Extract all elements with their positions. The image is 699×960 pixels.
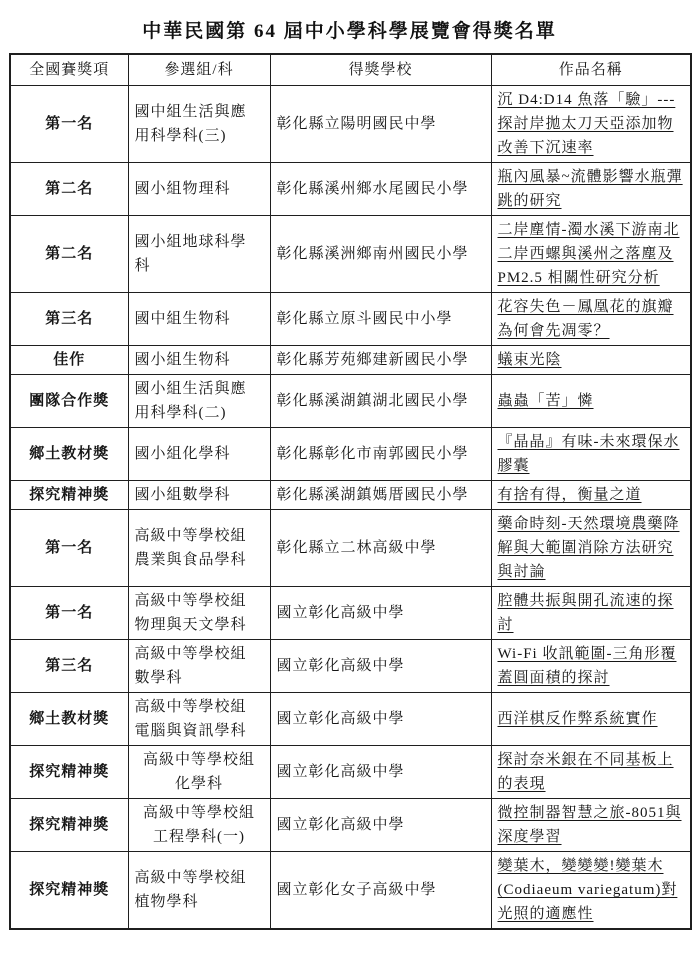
col-header-work: 作品名稱 (491, 54, 691, 86)
work-title-cell: 西洋棋反作弊系統實作 (491, 693, 691, 746)
award-cell: 第三名 (10, 640, 128, 693)
group-cell: 高級中等學校組 電腦與資訊學科 (128, 693, 270, 746)
award-cell: 探究精神獎 (10, 799, 128, 852)
work-title-cell: 瓶內風暴~流體影響水瓶彈跳的研究 (491, 163, 691, 216)
group-cell: 國小組化學科 (128, 428, 270, 481)
school-cell: 彰化縣溪湖鎮媽厝國民小學 (270, 481, 491, 510)
award-cell: 探究精神獎 (10, 852, 128, 930)
group-cell: 高級中等學校組 植物學科 (128, 852, 270, 930)
col-header-school: 得獎學校 (270, 54, 491, 86)
school-cell: 彰化縣溪湖鎮湖北國民小學 (270, 375, 491, 428)
group-cell: 國小組生活與應 用科學科(二) (128, 375, 270, 428)
table-row: 第二名 國小組地球科學 科 彰化縣溪洲鄉南州國民小學 二岸塵情-濁水溪下游南北二… (10, 216, 691, 293)
table-row: 佳作 國小組生物科 彰化縣芳苑鄉建新國民小學 蟻束光陰 (10, 346, 691, 375)
group-cell: 國小組數學科 (128, 481, 270, 510)
table-row: 團隊合作獎 國小組生活與應 用科學科(二) 彰化縣溪湖鎮湖北國民小學 蟲蟲「苦」… (10, 375, 691, 428)
school-cell: 彰化縣彰化市南郭國民小學 (270, 428, 491, 481)
school-cell: 彰化縣立二林高級中學 (270, 510, 491, 587)
school-cell: 國立彰化女子高級中學 (270, 852, 491, 930)
school-cell: 彰化縣芳苑鄉建新國民小學 (270, 346, 491, 375)
award-cell: 第二名 (10, 216, 128, 293)
award-cell: 第一名 (10, 587, 128, 640)
work-title-cell: 沉 D4:D14 魚落「驗」---探討岸拋太刀天亞添加物改善下沉速率 (491, 86, 691, 163)
table-row: 第一名 國中組生活與應 用科學科(三) 彰化縣立陽明國民中學 沉 D4:D14 … (10, 86, 691, 163)
award-cell: 第三名 (10, 293, 128, 346)
school-cell: 彰化縣溪洲鄉南州國民小學 (270, 216, 491, 293)
work-title-cell: 藥命時刻-天然環境農藥降解與大範圍消除方法研究與討論 (491, 510, 691, 587)
group-cell: 高級中等學校組 化學科 (128, 746, 270, 799)
work-title-cell: 花容失色－鳳凰花的旗瓣為何會先凋零？ (491, 293, 691, 346)
table-row: 探究精神獎 高級中等學校組 植物學科 國立彰化女子高級中學 變葉木，變變變!變葉… (10, 852, 691, 930)
work-title-cell: 變葉木，變變變!變葉木(Codiaeum variegatum)對光照的適應性 (491, 852, 691, 930)
group-cell: 高級中等學校組 農業與食品學科 (128, 510, 270, 587)
table-row: 第二名 國小組物理科 彰化縣溪州鄉水尾國民小學 瓶內風暴~流體影響水瓶彈跳的研究 (10, 163, 691, 216)
table-row: 第一名 高級中等學校組 農業與食品學科 彰化縣立二林高級中學 藥命時刻-天然環境… (10, 510, 691, 587)
group-cell: 國小組地球科學 科 (128, 216, 270, 293)
table-row: 鄉土教材獎 國小組化學科 彰化縣彰化市南郭國民小學 『晶晶』有味-未來環保水膠囊 (10, 428, 691, 481)
school-cell: 國立彰化高級中學 (270, 799, 491, 852)
awards-table: 全國賽獎項 參選組/科 得獎學校 作品名稱 第一名 國中組生活與應 用科學科(三… (9, 53, 692, 930)
group-cell: 國中組生活與應 用科學科(三) (128, 86, 270, 163)
table-row: 探究精神獎 高級中等學校組 化學科 國立彰化高級中學 探討奈米銀在不同基板上的表… (10, 746, 691, 799)
school-cell: 國立彰化高級中學 (270, 640, 491, 693)
group-cell: 高級中等學校組 數學科 (128, 640, 270, 693)
work-title-cell: 『晶晶』有味-未來環保水膠囊 (491, 428, 691, 481)
school-cell: 國立彰化高級中學 (270, 587, 491, 640)
group-cell: 高級中等學校組 工程學科(一) (128, 799, 270, 852)
school-cell: 國立彰化高級中學 (270, 693, 491, 746)
work-title-cell: 二岸塵情-濁水溪下游南北二岸西螺與溪州之落塵及 PM2.5 相關性研究分析 (491, 216, 691, 293)
page-title: 中華民國第 64 屆中小學科學展覽會得獎名單 (9, 16, 690, 43)
school-cell: 彰化縣立原斗國民中小學 (270, 293, 491, 346)
award-cell: 鄉土教材獎 (10, 693, 128, 746)
col-header-group: 參選組/科 (128, 54, 270, 86)
work-title-cell: 探討奈米銀在不同基板上的表現 (491, 746, 691, 799)
school-cell: 國立彰化高級中學 (270, 746, 491, 799)
school-cell: 彰化縣立陽明國民中學 (270, 86, 491, 163)
table-body: 第一名 國中組生活與應 用科學科(三) 彰化縣立陽明國民中學 沉 D4:D14 … (10, 86, 691, 930)
table-row: 探究精神獎 國小組數學科 彰化縣溪湖鎮媽厝國民小學 有捨有得，衡量之道 (10, 481, 691, 510)
group-cell: 國小組生物科 (128, 346, 270, 375)
award-cell: 第二名 (10, 163, 128, 216)
work-title-cell: 有捨有得，衡量之道 (491, 481, 691, 510)
table-row: 第一名 高級中等學校組 物理與天文學科 國立彰化高級中學 腔體共振與開孔流速的探… (10, 587, 691, 640)
work-title-cell: 蟲蟲「苦」憐 (491, 375, 691, 428)
award-cell: 佳作 (10, 346, 128, 375)
group-cell: 國中組生物科 (128, 293, 270, 346)
work-title-cell: 蟻束光陰 (491, 346, 691, 375)
work-title-cell: 腔體共振與開孔流速的探討 (491, 587, 691, 640)
group-cell: 國小組物理科 (128, 163, 270, 216)
table-header-row: 全國賽獎項 參選組/科 得獎學校 作品名稱 (10, 54, 691, 86)
school-cell: 彰化縣溪州鄉水尾國民小學 (270, 163, 491, 216)
table-row: 第三名 國中組生物科 彰化縣立原斗國民中小學 花容失色－鳳凰花的旗瓣為何會先凋零… (10, 293, 691, 346)
work-title-cell: 微控制器智慧之旅-8051與深度學習 (491, 799, 691, 852)
award-cell: 團隊合作獎 (10, 375, 128, 428)
table-row: 鄉土教材獎 高級中等學校組 電腦與資訊學科 國立彰化高級中學 西洋棋反作弊系統實… (10, 693, 691, 746)
award-cell: 第一名 (10, 510, 128, 587)
group-cell: 高級中等學校組 物理與天文學科 (128, 587, 270, 640)
work-title-cell: Wi-Fi 收訊範圍-三角形覆蓋圓面積的探討 (491, 640, 691, 693)
table-row: 探究精神獎 高級中等學校組 工程學科(一) 國立彰化高級中學 微控制器智慧之旅-… (10, 799, 691, 852)
award-cell: 第一名 (10, 86, 128, 163)
table-row: 第三名 高級中等學校組 數學科 國立彰化高級中學 Wi-Fi 收訊範圍-三角形覆… (10, 640, 691, 693)
award-cell: 探究精神獎 (10, 481, 128, 510)
award-cell: 鄉土教材獎 (10, 428, 128, 481)
col-header-award: 全國賽獎項 (10, 54, 128, 86)
award-cell: 探究精神獎 (10, 746, 128, 799)
document-page: 中華民國第 64 屆中小學科學展覽會得獎名單 全國賽獎項 參選組/科 得獎學校 … (0, 0, 699, 930)
